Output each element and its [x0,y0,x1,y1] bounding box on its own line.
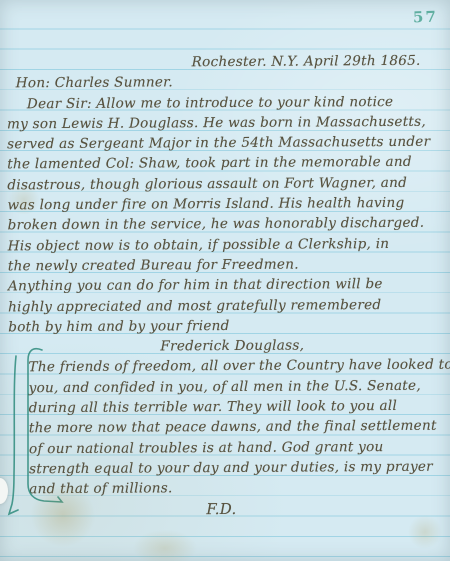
manuscript-line: highly appreciated and most gratefully r… [8,294,450,317]
margin-bracket-annotation [4,344,66,520]
manuscript-line: His object now is to obtain, if possible… [8,233,450,256]
manuscript-line: Anything you can do for him in that dire… [8,274,450,297]
folio-page-number: 57 [413,8,438,27]
manuscript-line: was long under fire on Morris Island. Hi… [7,193,449,216]
manuscript-line: Dear Sir: Allow me to introduce to your … [27,91,449,114]
manuscript-line: the more now that peace dawns, and the f… [29,416,450,439]
manuscript-line: and that of millions. [29,477,450,500]
manuscript-line: The friends of freedom, all over the Cou… [28,355,450,378]
manuscript-line: broken down in the service, he was honor… [8,213,450,236]
handwritten-letter-body: Rochester. N.Y. April 29th 1865.Hon: Cha… [0,51,450,521]
paper-stain [130,528,200,561]
manuscript-line: of our national troubles is at hand. God… [29,436,450,459]
manuscript-line: during all this terrible war. They will … [29,396,450,419]
manuscript-line: the newly created Bureau for Freedmen. [8,254,450,277]
manuscript-line: Hon: Charles Sumner. [16,71,449,94]
paper-stain [405,515,445,549]
manuscript-line: the lamented Col: Shaw, took part in the… [7,152,449,175]
manuscript-line: disastrous, though glorious assault on F… [7,172,449,195]
manuscript-page: 57 Rochester. N.Y. April 29th 1865.Hon: … [0,0,450,561]
manuscript-line: Frederick Douglass, [160,335,450,357]
manuscript-line: strength equal to your day and your duti… [29,457,450,480]
manuscript-line: both by him and by your friend [8,314,450,337]
manuscript-line: you, and confided in you, of all men in … [29,375,450,398]
manuscript-line: Rochester. N.Y. April 29th 1865. [192,51,449,73]
manuscript-line: F.D. [206,497,450,519]
manuscript-line: my son Lewis H. Douglass. He was born in… [7,112,449,135]
manuscript-line: served as Sergeant Major in the 54th Mas… [7,132,449,155]
